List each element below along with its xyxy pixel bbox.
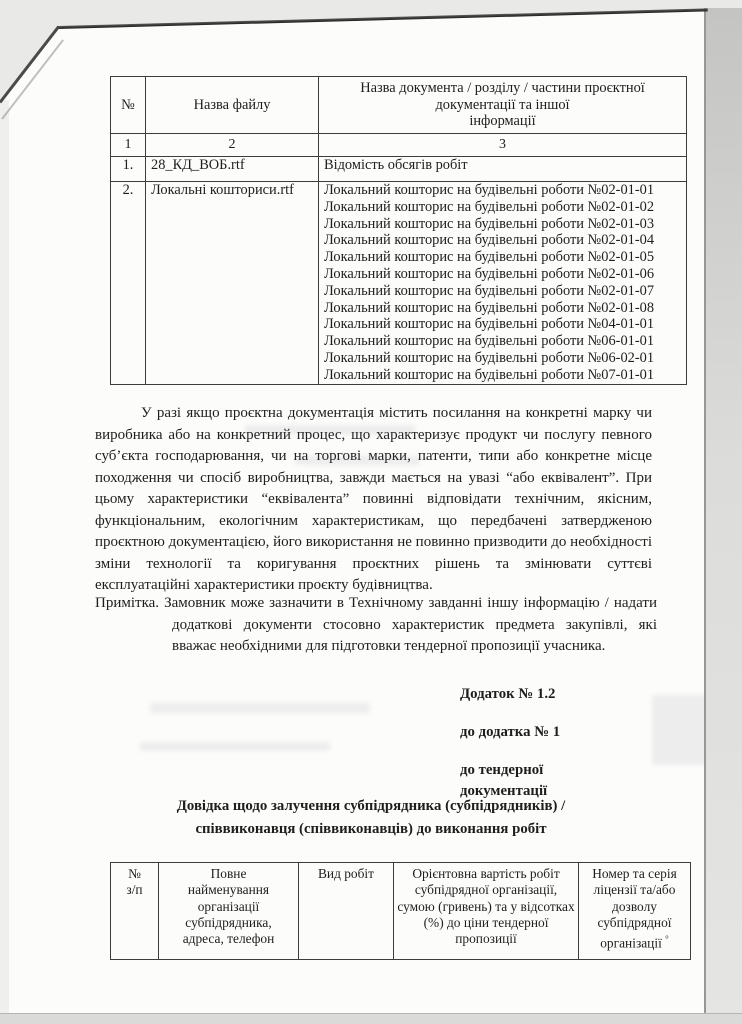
heading-line-2: співвиконавця (співвиконавців) до викона… — [121, 818, 621, 841]
subcontractor-header-worktype: Вид робіт — [299, 863, 394, 960]
subcontractor-table: № з/п Повне найменування організації суб… — [110, 862, 691, 960]
subcontractor-header-num: № з/п — [111, 863, 159, 960]
scan-right-margin-shadow — [704, 8, 742, 1024]
scan-bleedthrough-smudge — [245, 425, 415, 435]
files-table-colnum-1: 1 — [111, 134, 146, 157]
subcontractor-header-name: Повне найменування організації субпідряд… — [159, 863, 299, 960]
subcontractor-certificate-heading: Довідка щодо залучення субпідрядника (су… — [121, 795, 621, 840]
annex-number: Додаток № 1.2 — [460, 684, 592, 705]
note-paragraph: Примітка. Замовник може зазначити в Техн… — [95, 593, 657, 658]
note-text: Замовник може зазначити в Технічному зав… — [164, 595, 657, 654]
files-table-header-num: № — [111, 77, 146, 134]
file-row-filename: Локальні кошториси.rtf — [146, 182, 319, 385]
files-table-colnum-2: 2 — [146, 134, 319, 157]
scan-bleedthrough-smudge — [150, 703, 370, 713]
subcontractor-header-cost: Орієнтовна вартість робіт субпідрядної о… — [394, 863, 579, 960]
files-table-colnum-row: 1 2 3 — [111, 134, 687, 157]
files-table: № Назва файлу Назва документа / розділу … — [110, 76, 687, 385]
scan-bleedthrough-smudge — [652, 695, 712, 765]
files-table-row-2: 2. Локальні кошториси.rtf Локальний кошт… — [111, 182, 687, 385]
files-table-header-filename: Назва файлу — [146, 77, 319, 134]
file-row-filename: 28_КД_ВОБ.rtf — [146, 157, 319, 182]
subcontractor-header-license: Номер та серія ліцензії та/або дозволу с… — [579, 863, 691, 960]
scan-bleedthrough-smudge — [140, 742, 330, 751]
file-row-documents: Відомість обсягів робіт — [319, 157, 687, 182]
files-table-row-1: 1. 28_КД_ВОБ.rtf Відомість обсягів робіт — [111, 157, 687, 182]
file-row-number: 2. — [111, 182, 146, 385]
file-row-documents: Локальний кошторис на будівельні роботи … — [319, 182, 687, 385]
scanned-document-page: № Назва файлу Назва документа / розділу … — [0, 0, 742, 1024]
scan-bottom-edge — [0, 1013, 742, 1024]
scan-left-margin — [0, 100, 9, 1015]
footnote-mark: ° — [665, 934, 669, 944]
annex-parent: до додатка № 1 — [460, 722, 592, 743]
subcontractor-table-header-row: № з/п Повне найменування організації суб… — [111, 863, 691, 960]
file-row-number: 1. — [111, 157, 146, 182]
files-table-header-row: № Назва файлу Назва документа / розділу … — [111, 77, 687, 134]
heading-line-1: Довідка щодо залучення субпідрядника (су… — [121, 795, 621, 818]
files-table-colnum-3: 3 — [319, 134, 687, 157]
note-label: Примітка. — [95, 595, 159, 611]
scan-bleedthrough-smudge — [295, 456, 420, 465]
files-table-header-docname: Назва документа / розділу / частини проє… — [319, 77, 687, 134]
